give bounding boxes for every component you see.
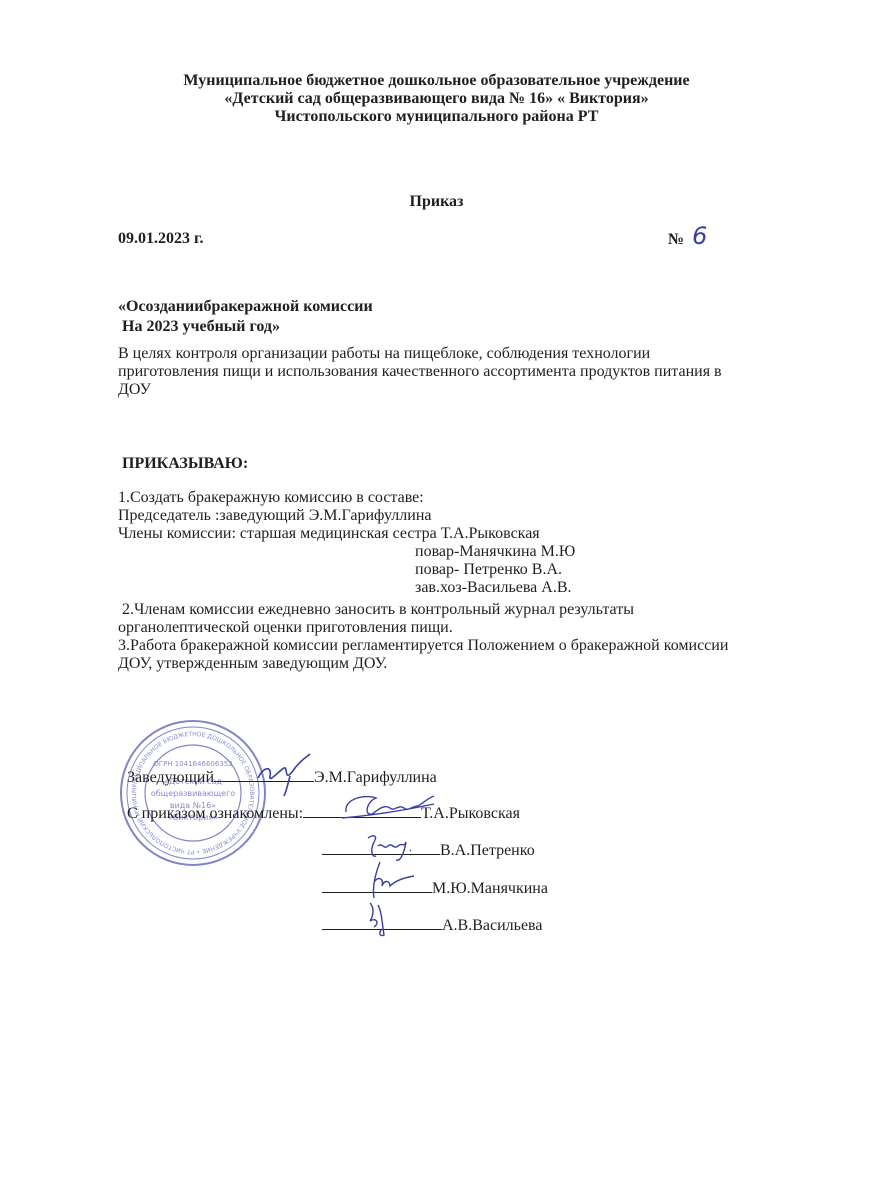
members-label-line: Члены комиссии: старшая медицинская сест… — [118, 525, 540, 543]
header-line: «Детский сад общеразвивающего вида № 16»… — [0, 90, 873, 108]
svg-text:общеразвивающего: общеразвивающего — [151, 789, 235, 798]
acquainted-name: В.А.Петренко — [440, 842, 535, 859]
document-title: Приказ — [0, 193, 873, 211]
item-3-line: ДОУ, утвержденным заведующим ДОУ. — [118, 655, 728, 673]
acquainted-line: В.А.Петренко — [322, 840, 535, 860]
order-subject: «Осозданиибракеражной комиссии На 2023 у… — [118, 297, 373, 337]
item-2-line: органолептической оценки приготовления п… — [118, 619, 728, 637]
head-name: Э.М.Гарифуллина — [314, 769, 437, 786]
number-value: 6 — [692, 222, 707, 250]
acquainted-line: С приказом ознакомлены:Т.А.Рыковская — [127, 803, 520, 823]
member-item: зав.хоз-Васильева А.В. — [415, 579, 575, 597]
acquainted-name: М.Ю.Манячкина — [432, 880, 548, 897]
members-list: повар-Манячкина М.Ю повар- Петренко В.А.… — [415, 543, 575, 597]
header-line: Чистопольского муниципального района РТ — [0, 108, 873, 126]
acquainted-label: С приказом ознакомлены: — [127, 805, 303, 822]
item-1-block: 1.Создать бракеражную комиссию в составе… — [118, 489, 540, 543]
purpose-paragraph: В целях контроля организации работы на п… — [118, 345, 722, 399]
item-3-line: 3.Работа бракеражной комиссии регламенти… — [118, 637, 728, 655]
acquainted-name: А.В.Васильева — [442, 917, 543, 934]
rykovskaya-signature — [336, 790, 441, 825]
member-item: повар-Манячкина М.Ю — [415, 543, 575, 561]
purpose-line: приготовления пищи и использования качес… — [118, 363, 722, 381]
subject-line: «Осозданиибракеражной комиссии — [118, 297, 373, 317]
item-2-line: 2.Членам комиссии ежедневно заносить в к… — [118, 601, 728, 619]
number-label: № — [668, 231, 684, 248]
head-label: Заведующий — [127, 769, 214, 786]
document-number: № 6 — [668, 222, 707, 250]
orders-heading: ПРИКАЗЫВАЮ: — [122, 455, 248, 473]
subject-line: На 2023 учебный год» — [118, 317, 373, 337]
head-handwritten-signature — [250, 748, 320, 798]
chairman-line: Председатель :заведующий Э.М.Гарифуллина — [118, 507, 540, 525]
item-1: 1.Создать бракеражную комиссию в составе… — [118, 489, 540, 507]
official-stamp: МУНИЦИПАЛЬНОЕ БЮДЖЕТНОЕ ДОШКОЛЬНОЕ ОБРАЗ… — [118, 718, 268, 868]
acquainted-line: М.Ю.Манячкина — [322, 878, 548, 898]
items-2-3-block: 2.Членам комиссии ежедневно заносить в к… — [118, 601, 728, 673]
header-line: Муниципальное бюджетное дошкольное образ… — [0, 72, 873, 90]
vasilyeva-signature — [360, 895, 400, 940]
acquainted-line: А.В.Васильева — [322, 915, 543, 935]
institution-header: Муниципальное бюджетное дошкольное образ… — [0, 72, 873, 126]
purpose-line: В целях контроля организации работы на п… — [118, 345, 722, 363]
member-item: повар- Петренко В.А. — [415, 561, 575, 579]
purpose-line: ДОУ — [118, 381, 722, 399]
document-date: 09.01.2023 г. — [118, 230, 203, 248]
